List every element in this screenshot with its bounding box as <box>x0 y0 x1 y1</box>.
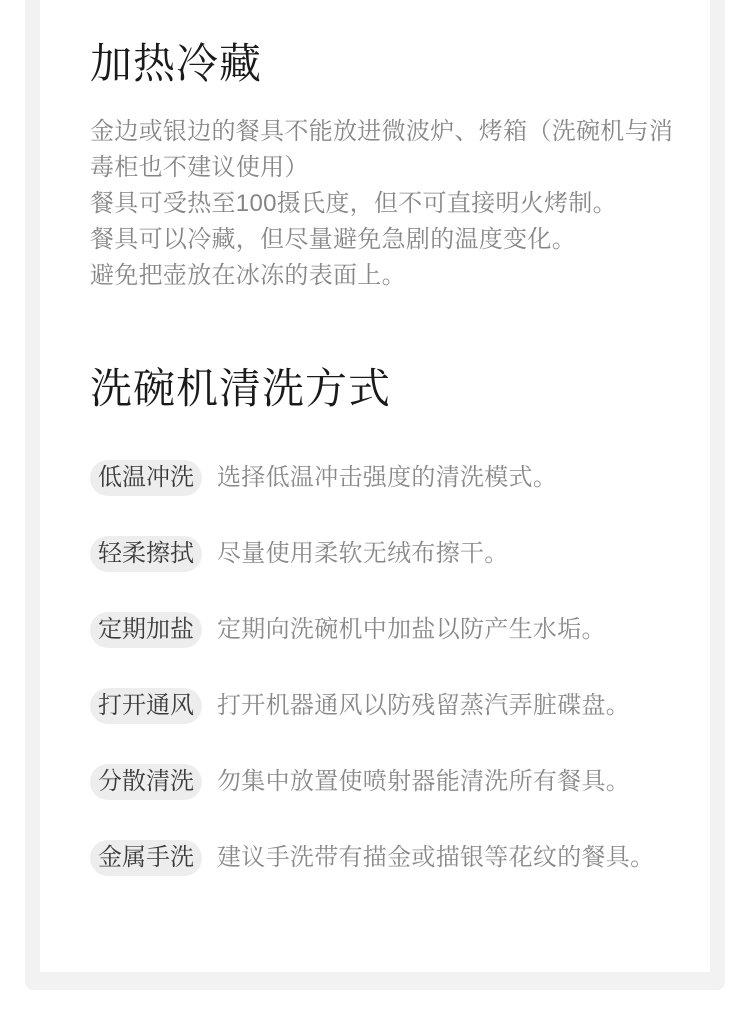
section-title-dishwasher: 洗碗机清洗方式 <box>90 363 660 415</box>
wash-tip-description: 尽量使用柔软无绒布擦干。 <box>217 536 509 572</box>
heating-care-paragraph: 金边或银边的餐具不能放进微波炉、烤箱（洗碗机与消 毒柜也不建议使用） 餐具可受热… <box>90 114 660 294</box>
wash-tip-description: 建议手洗带有描金或描银等花纹的餐具。 <box>217 840 654 876</box>
care-instructions-card: 加热冷藏 金边或银边的餐具不能放进微波炉、烤箱（洗碗机与消 毒柜也不建议使用） … <box>40 0 710 972</box>
wash-tip-description: 定期向洗碗机中加盐以防产生水垢。 <box>217 612 606 648</box>
wash-tip-tag: 打开通风 <box>90 688 202 724</box>
wash-tip-description: 勿集中放置使喷射器能清洗所有餐具。 <box>217 764 630 800</box>
paragraph-line: 餐具可受热至100摄氏度，但不可直接明火烤制。 <box>90 186 660 222</box>
product-description-page: 加热冷藏 金边或银边的餐具不能放进微波炉、烤箱（洗碗机与消 毒柜也不建议使用） … <box>0 0 750 1011</box>
wash-tip-tag: 轻柔擦拭 <box>90 536 202 572</box>
wash-tip-description: 选择低温冲击强度的清洗模式。 <box>217 460 557 496</box>
dishwasher-tips-list: 低温冲洗 选择低温冲击强度的清洗模式。 轻柔擦拭 尽量使用柔软无绒布擦干。 定期… <box>90 460 660 876</box>
wash-tip-row: 分散清洗 勿集中放置使喷射器能清洗所有餐具。 <box>90 764 660 800</box>
wash-tip-tag: 金属手洗 <box>90 840 202 876</box>
wash-tip-row: 低温冲洗 选择低温冲击强度的清洗模式。 <box>90 460 660 496</box>
wash-tip-row: 轻柔擦拭 尽量使用柔软无绒布擦干。 <box>90 536 660 572</box>
paragraph-line: 餐具可以冷藏，但尽量避免急剧的温度变化。 <box>90 222 660 258</box>
paragraph-line: 金边或银边的餐具不能放进微波炉、烤箱（洗碗机与消 <box>90 114 660 150</box>
wash-tip-description: 打开机器通风以防残留蒸汽弄脏碟盘。 <box>217 688 630 724</box>
section-title-heating: 加热冷藏 <box>90 38 660 90</box>
wash-tip-tag: 低温冲洗 <box>90 460 202 496</box>
wash-tip-row: 金属手洗 建议手洗带有描金或描银等花纹的餐具。 <box>90 840 660 876</box>
paragraph-line: 毒柜也不建议使用） <box>90 150 660 186</box>
description-panel-frame: 加热冷藏 金边或银边的餐具不能放进微波炉、烤箱（洗碗机与消 毒柜也不建议使用） … <box>25 0 725 990</box>
wash-tip-tag: 定期加盐 <box>90 612 202 648</box>
wash-tip-tag: 分散清洗 <box>90 764 202 800</box>
wash-tip-row: 打开通风 打开机器通风以防残留蒸汽弄脏碟盘。 <box>90 688 660 724</box>
wash-tip-row: 定期加盐 定期向洗碗机中加盐以防产生水垢。 <box>90 612 660 648</box>
paragraph-line: 避免把壶放在冰冻的表面上。 <box>90 258 660 294</box>
